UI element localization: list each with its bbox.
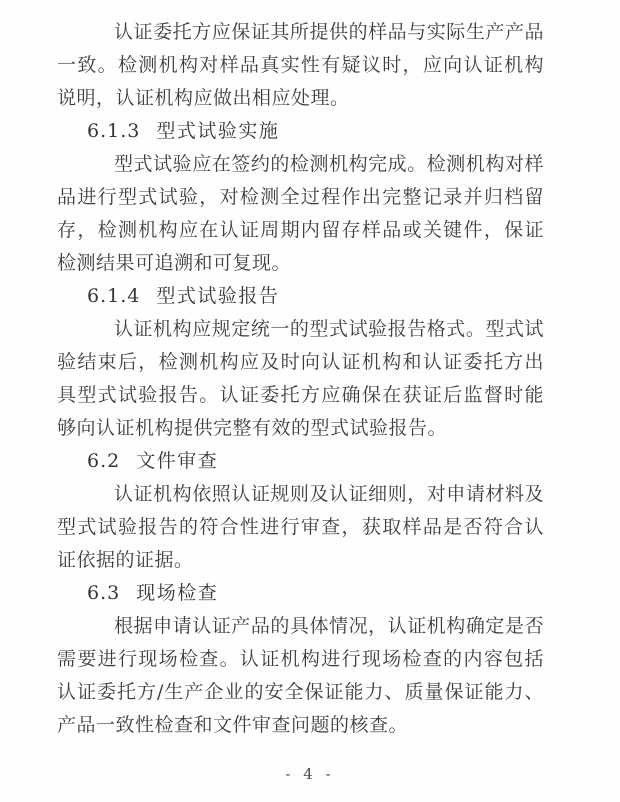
section-number: 6.1.3 xyxy=(87,120,140,142)
document-body: 认证委托方应保证其所提供的样品与实际生产产品一致。检测机构对样品真实性有疑议时，… xyxy=(57,16,544,742)
section-number: 6.2 xyxy=(87,450,120,472)
section-heading-6-1-4: 6.1.4型式试验报告 xyxy=(57,280,544,313)
paragraph-document-review: 认证机构依照认证规则及认证细则，对申请材料及型式试验报告的符合性进行审查，获取样… xyxy=(57,478,544,577)
section-title: 型式试验报告 xyxy=(156,285,279,307)
page-number: - 4 - xyxy=(285,765,334,783)
section-title: 型式试验实施 xyxy=(156,120,279,142)
section-title: 文件审查 xyxy=(136,450,218,472)
section-heading-6-2: 6.2文件审查 xyxy=(57,445,544,478)
section-heading-6-3: 6.3现场检查 xyxy=(57,577,544,610)
section-title: 现场检查 xyxy=(136,582,218,604)
page-footer: - 4 - xyxy=(0,762,620,786)
paragraph-type-test-implementation: 型式试验应在签约的检测机构完成。检测机构对样品进行型式试验，对检测全过程作出完整… xyxy=(57,148,544,280)
paragraph-type-test-report: 认证机构应规定统一的型式试验报告格式。型式试验结束后，检测机构应及时向认证机构和… xyxy=(57,313,544,445)
paragraph-sample-consistency: 认证委托方应保证其所提供的样品与实际生产产品一致。检测机构对样品真实性有疑议时，… xyxy=(57,16,544,115)
section-number: 6.1.4 xyxy=(87,285,140,307)
section-number: 6.3 xyxy=(87,582,120,604)
section-heading-6-1-3: 6.1.3型式试验实施 xyxy=(57,115,544,148)
document-page: 认证委托方应保证其所提供的样品与实际生产产品一致。检测机构对样品真实性有疑议时，… xyxy=(0,0,620,802)
paragraph-site-inspection: 根据申请认证产品的具体情况，认证机构确定是否需要进行现场检查。认证机构进行现场检… xyxy=(57,610,544,742)
